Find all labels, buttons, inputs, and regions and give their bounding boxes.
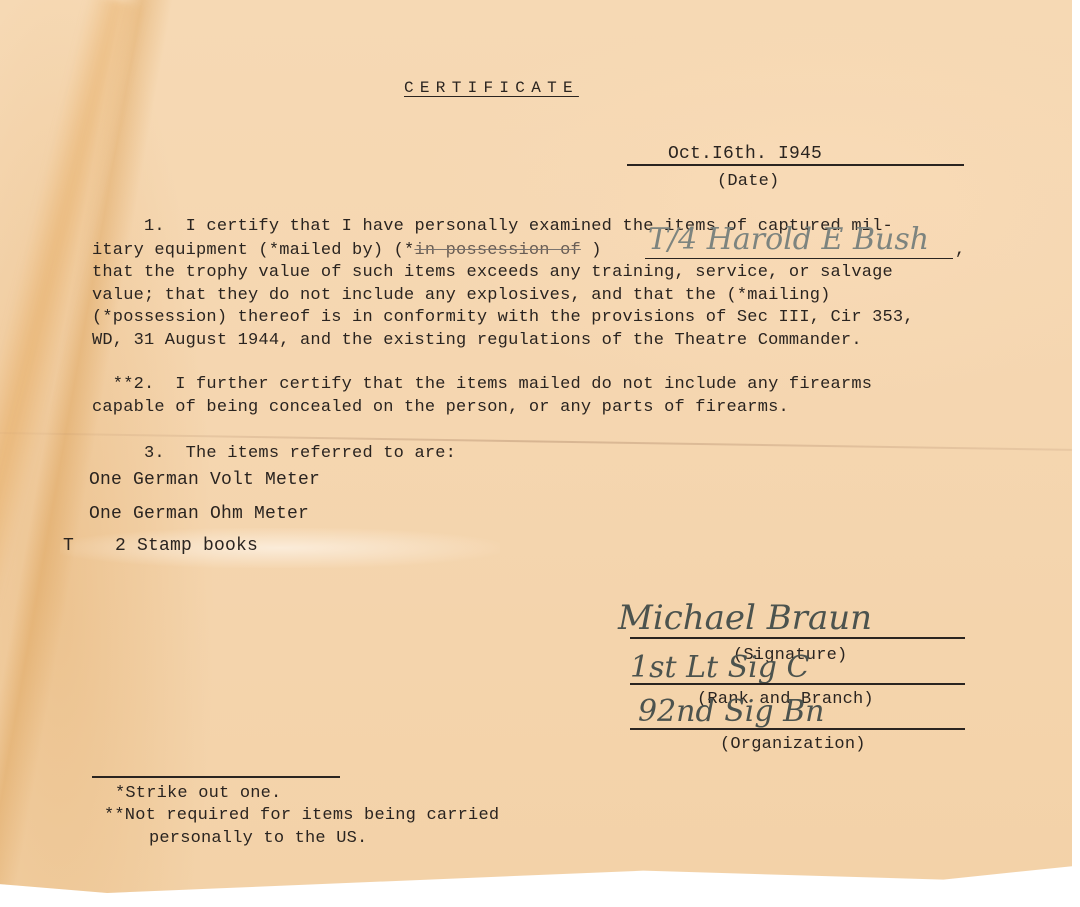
date-rule [627,164,964,166]
handwritten-soldier-name: T/4 Harold E Bush [648,222,929,257]
name-line-comma: , [955,240,965,262]
para2-line2: capable of being concealed on the person… [92,397,789,419]
footnote-rule [92,776,340,778]
rank-branch-rule [630,683,965,685]
struck-possession-text: in possession of [414,241,580,260]
signature-rule [630,637,965,639]
para1-line5: (*possession) thereof is in conformity w… [92,307,914,329]
footnote-2-cont: personally to the US. [149,828,367,850]
para1-line4: value; that they do not include any expl… [92,285,831,307]
handwritten-rank-branch: 1st Lt Sig C [630,650,809,685]
document-title: CERTIFICATE [404,77,579,99]
item-1: One German Volt Meter [89,469,320,491]
organization-rule [630,728,965,730]
para3-intro: 3. The items referred to are: [92,443,456,465]
para1-line2-close: ) [581,241,602,260]
organization-label: (Organization) [720,734,866,756]
item-3-prefix: T [63,535,74,557]
handwritten-organization: 92nd Sig Bn [638,694,825,729]
para2-line1: **2. I further certify that the items ma… [92,374,872,396]
name-fill-rule [645,258,953,259]
date-value: Oct.I6th. I945 [668,143,822,165]
para1-line6: WD, 31 August 1944, and the existing reg… [92,330,862,352]
handwritten-signature: Michael Braun [618,598,872,638]
footnote-1: *Strike out one. [115,783,281,805]
para1-line3: that the trophy value of such items exce… [92,262,893,284]
para1-line2-text: itary equipment (*mailed by) (* [92,241,414,260]
item-3: 2 Stamp books [115,535,258,557]
para1-line2: itary equipment (*mailed by) (*in posses… [92,240,602,262]
footnote-2: **Not required for items being carried [104,805,499,827]
date-label: (Date) [717,171,779,193]
item-2: One German Ohm Meter [89,503,309,525]
